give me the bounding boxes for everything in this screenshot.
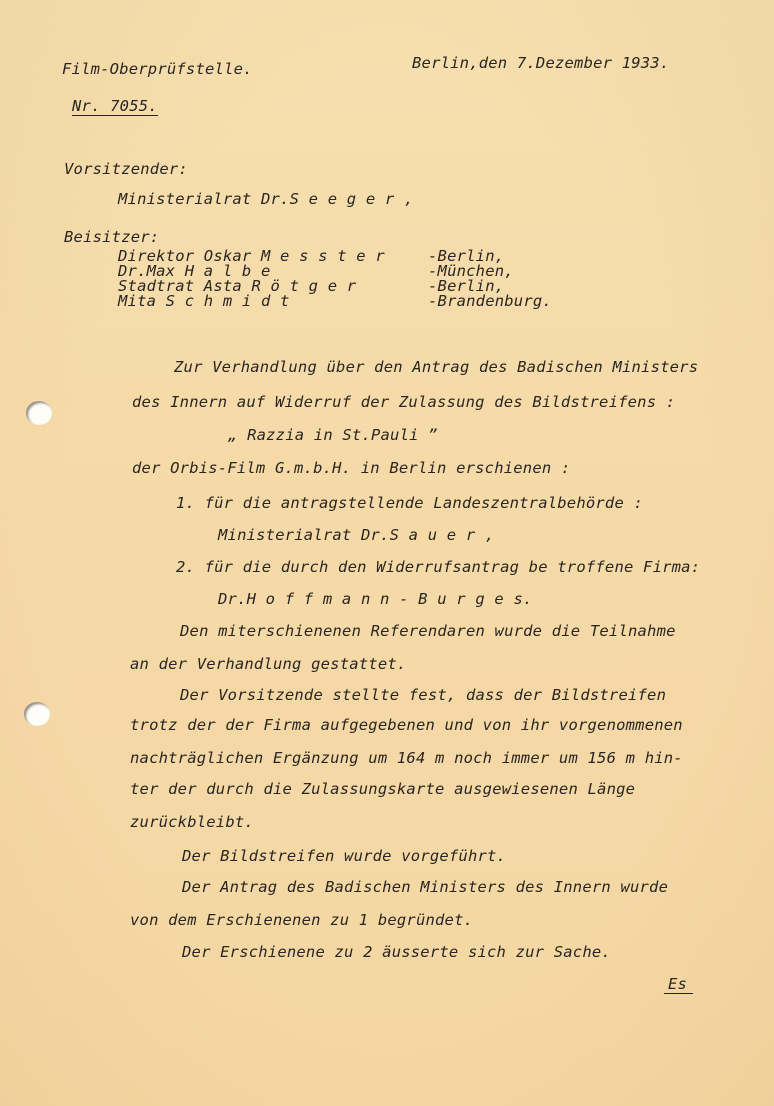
chair-label: Vorsitzender: xyxy=(64,160,188,178)
body-line: von dem Erschienenen zu 1 begründet. xyxy=(130,911,473,929)
assessors-label: Beisitzer: xyxy=(64,228,159,246)
list-item-detail: Ministerialrat Dr.S a u e r , xyxy=(218,526,494,544)
assessor-city: -Brandenburg. xyxy=(428,294,552,309)
list-item-detail: Dr.H o f f m a n n - B u r g e s. xyxy=(218,590,533,608)
body-line: nachträglichen Ergänzung um 164 m noch i… xyxy=(130,749,683,767)
body-line: an der Verhandlung gestattet. xyxy=(130,655,406,673)
catchword: Es xyxy=(664,975,693,994)
punch-hole-bottom xyxy=(24,702,50,726)
body-line: Der Bildstreifen wurde vorgeführt. xyxy=(182,847,506,865)
body-line: Zur Verhandlung über den Antrag des Badi… xyxy=(174,358,698,376)
body-line: trotz der der Firma aufgegebenen und von… xyxy=(130,716,683,734)
place-date: Berlin,den 7.Dezember 1933. xyxy=(412,54,669,72)
film-title: „ Razzia in St.Pauli ” xyxy=(228,426,438,444)
body-line: Den miterschienenen Referendaren wurde d… xyxy=(180,622,676,640)
body-line: Der Antrag des Badischen Ministers des I… xyxy=(182,878,668,896)
body-line: der Orbis-Film G.m.b.H. in Berlin erschi… xyxy=(132,459,570,477)
document-number: Nr. 7055. xyxy=(72,97,158,116)
chair-name: Ministerialrat Dr.S e e g e r , xyxy=(118,190,414,208)
list-item: 1. für die antragstellende Landeszentral… xyxy=(176,494,643,512)
punch-hole-top xyxy=(26,401,52,425)
body-line: Der Erschienene zu 2 äusserte sich zur S… xyxy=(182,943,611,961)
body-line: zurückbleibt. xyxy=(130,813,254,831)
body-line: Der Vorsitzende stellte fest, dass der B… xyxy=(180,686,666,704)
office-name: Film-Oberprüfstelle. xyxy=(62,60,253,78)
assessor-name: Mita S c h m i d t xyxy=(118,294,290,309)
list-item: 2. für die durch den Widerrufsantrag be … xyxy=(176,558,700,576)
body-line: des Innern auf Widerruf der Zulassung de… xyxy=(132,393,675,411)
body-line: ter der durch die Zulassungskarte ausgew… xyxy=(130,780,635,798)
